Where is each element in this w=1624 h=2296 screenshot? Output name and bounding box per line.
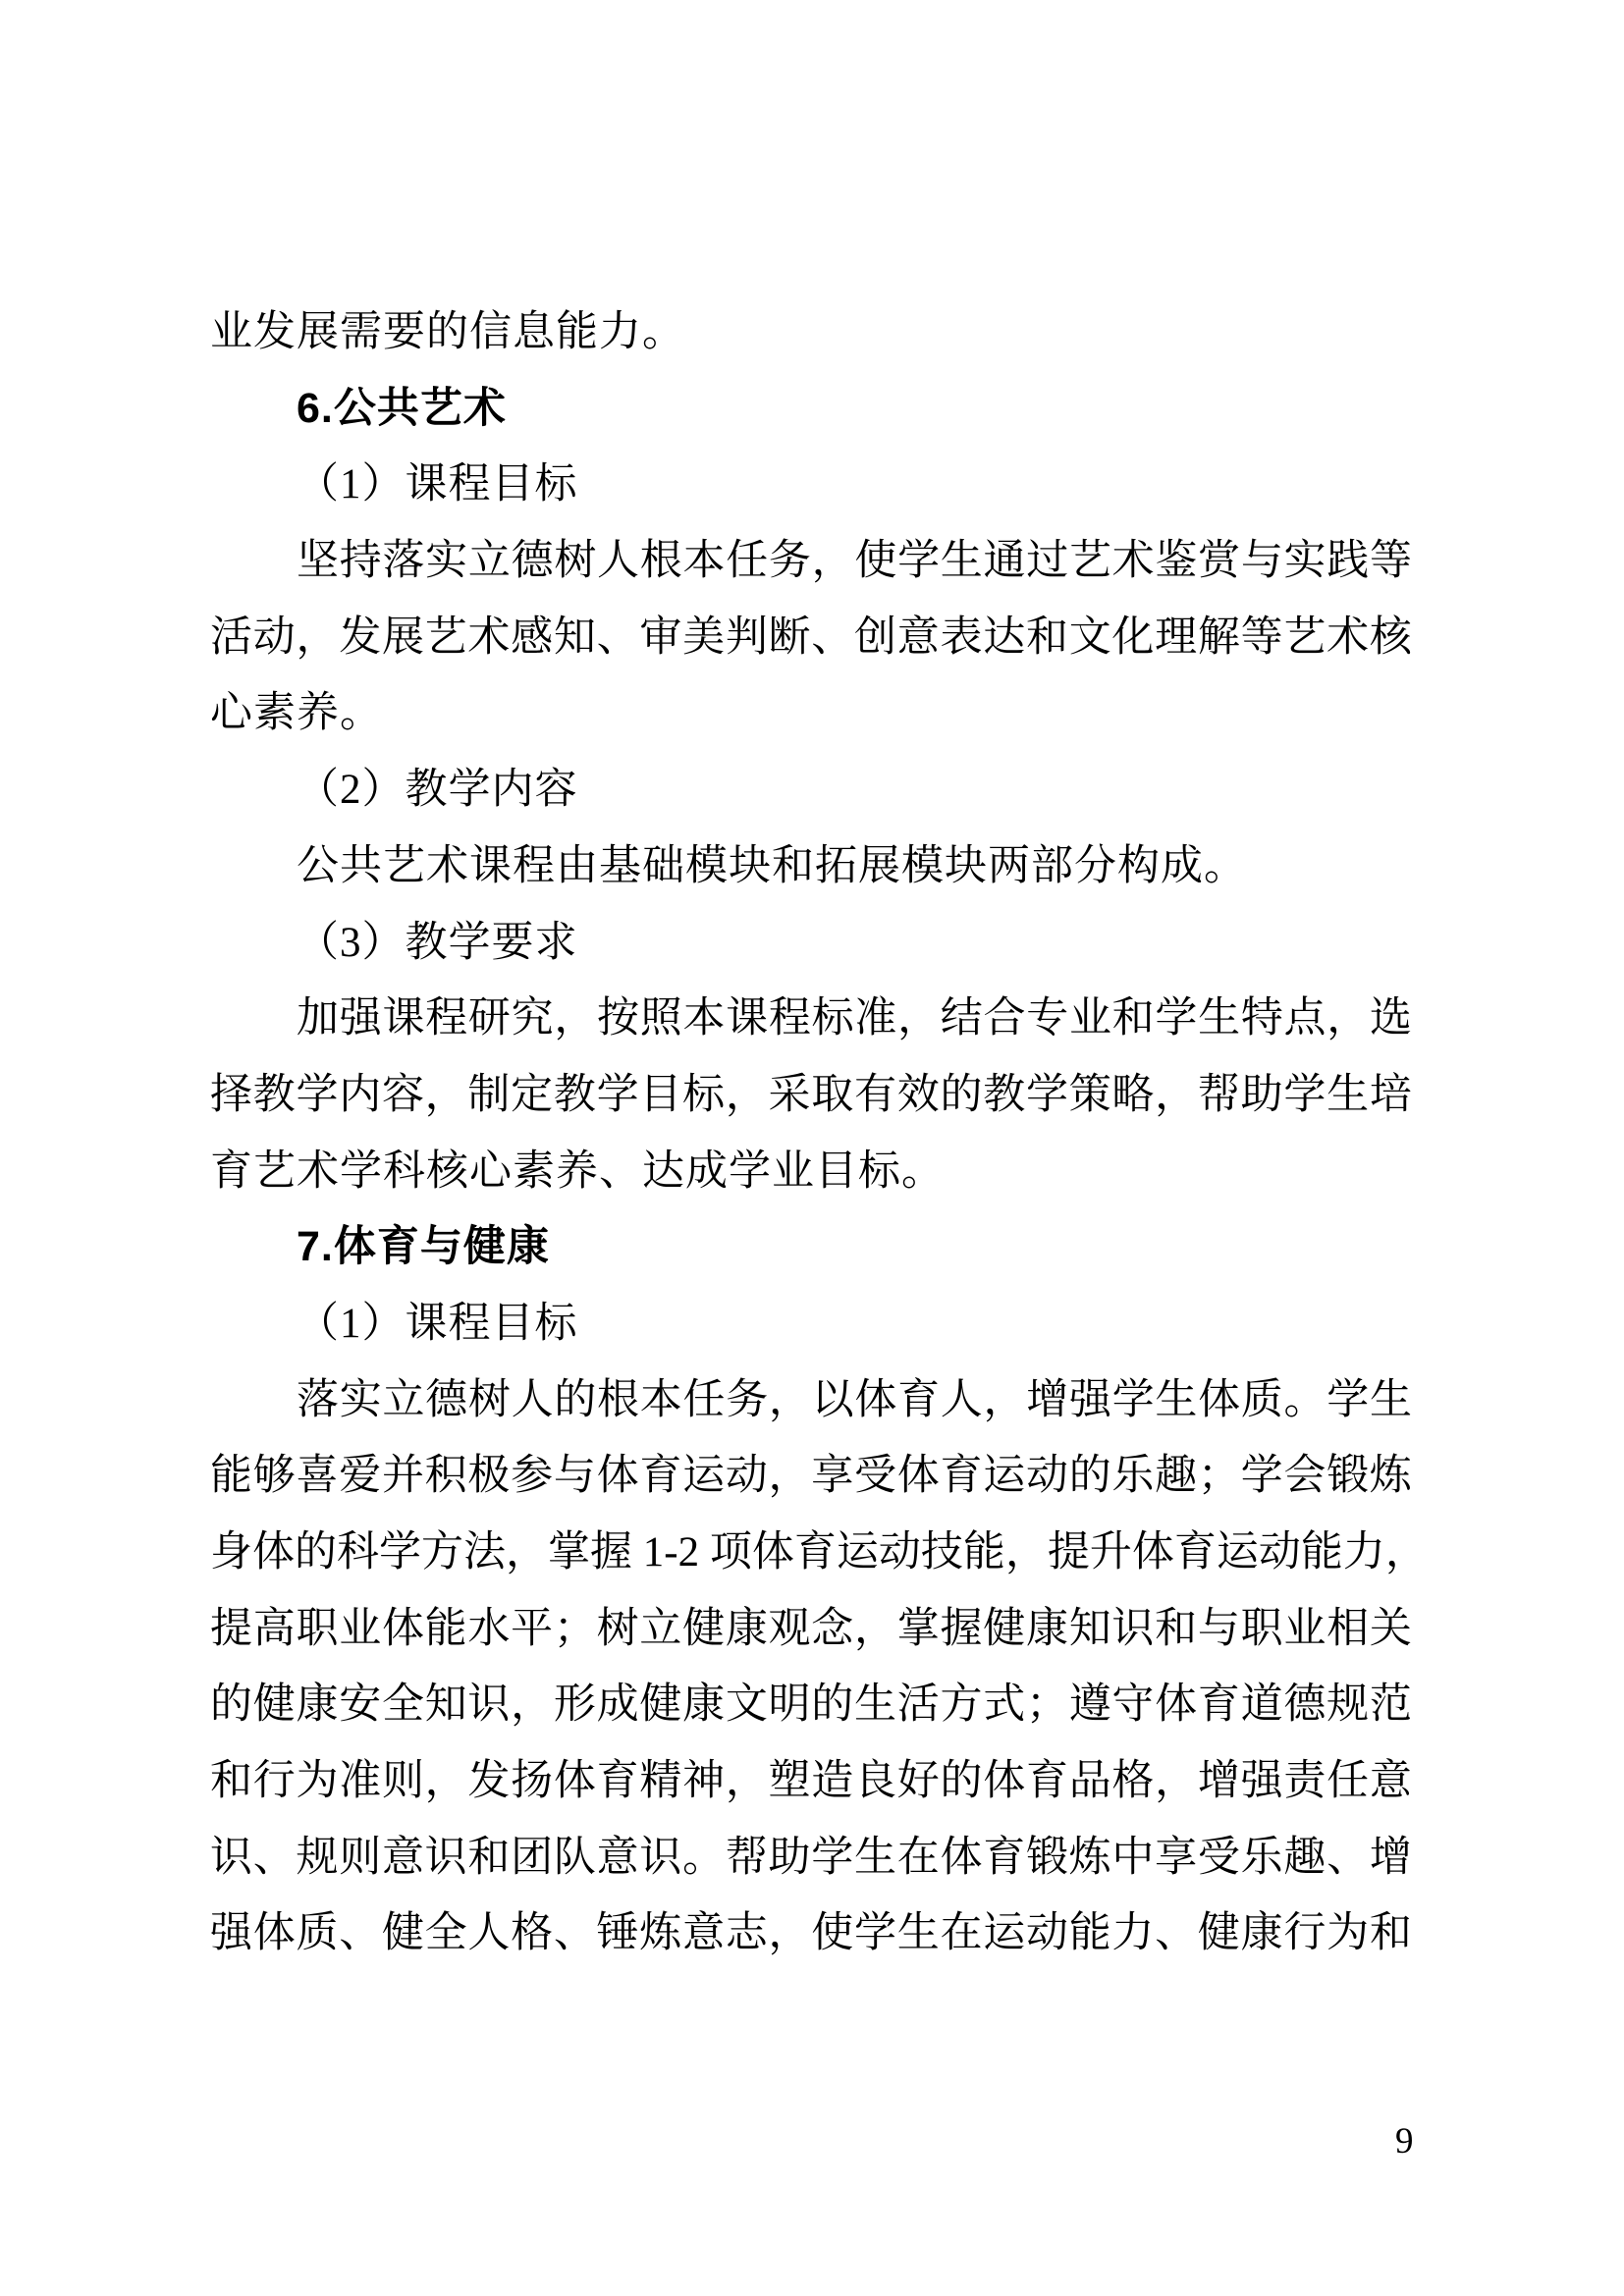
section-heading-pe-health: 7.体育与健康 <box>210 1209 1412 1286</box>
text-line: 育艺术学科核心素养、达成学业目标。 <box>210 1134 1412 1210</box>
text-line: 落实立德树人的根本任务，以体育人，增强学生体质。学生 <box>210 1362 1412 1439</box>
page-number: 9 <box>1395 2120 1414 2163</box>
text-line: 强体质、健全人格、锤炼意志，使学生在运动能力、健康行为和 <box>210 1896 1412 1972</box>
text-line: 公共艺术课程由基础模块和拓展模块两部分构成。 <box>210 828 1412 905</box>
text-line: 活动，发展艺术感知、审美判断、创意表达和文化理解等艺术核 <box>210 600 1412 676</box>
text-line: 和行为准则，发扬体育精神，塑造良好的体育品格，增强责任意 <box>210 1743 1412 1820</box>
text-line: 业发展需要的信息能力。 <box>210 294 1412 371</box>
document-page: 业发展需要的信息能力。 6.公共艺术 （1）课程目标 坚持落实立德树人根本任务，… <box>0 0 1624 2296</box>
text-line: 的健康安全知识，形成健康文明的生活方式；遵守体育道德规范 <box>210 1667 1412 1743</box>
text-line: 能够喜爱并积极参与体育运动，享受体育运动的乐趣；学会锻炼 <box>210 1438 1412 1515</box>
text-line: 择教学内容，制定教学目标，采取有效的教学策略，帮助学生培 <box>210 1057 1412 1134</box>
subheading-course-objectives: （1）课程目标 <box>210 447 1412 523</box>
section-heading-public-art: 6.公共艺术 <box>210 371 1412 448</box>
subheading-teaching-content: （2）教学内容 <box>210 752 1412 828</box>
text-line: 身体的科学方法，掌握 1-2 项体育运动技能，提升体育运动能力， <box>210 1515 1412 1591</box>
subheading-course-objectives: （1）课程目标 <box>210 1286 1412 1362</box>
text-line: 心素养。 <box>210 675 1412 752</box>
text-line: 加强课程研究，按照本课程标准，结合专业和学生特点，选 <box>210 981 1412 1057</box>
text-line: 提高职业体能水平；树立健康观念，掌握健康知识和与职业相关 <box>210 1591 1412 1668</box>
page-content: 业发展需要的信息能力。 6.公共艺术 （1）课程目标 坚持落实立德树人根本任务，… <box>210 294 1412 1972</box>
text-line: 坚持落实立德树人根本任务，使学生通过艺术鉴赏与实践等 <box>210 523 1412 600</box>
text-line: 识、规则意识和团队意识。帮助学生在体育锻炼中享受乐趣、增 <box>210 1820 1412 1896</box>
subheading-teaching-requirements: （3）教学要求 <box>210 905 1412 982</box>
